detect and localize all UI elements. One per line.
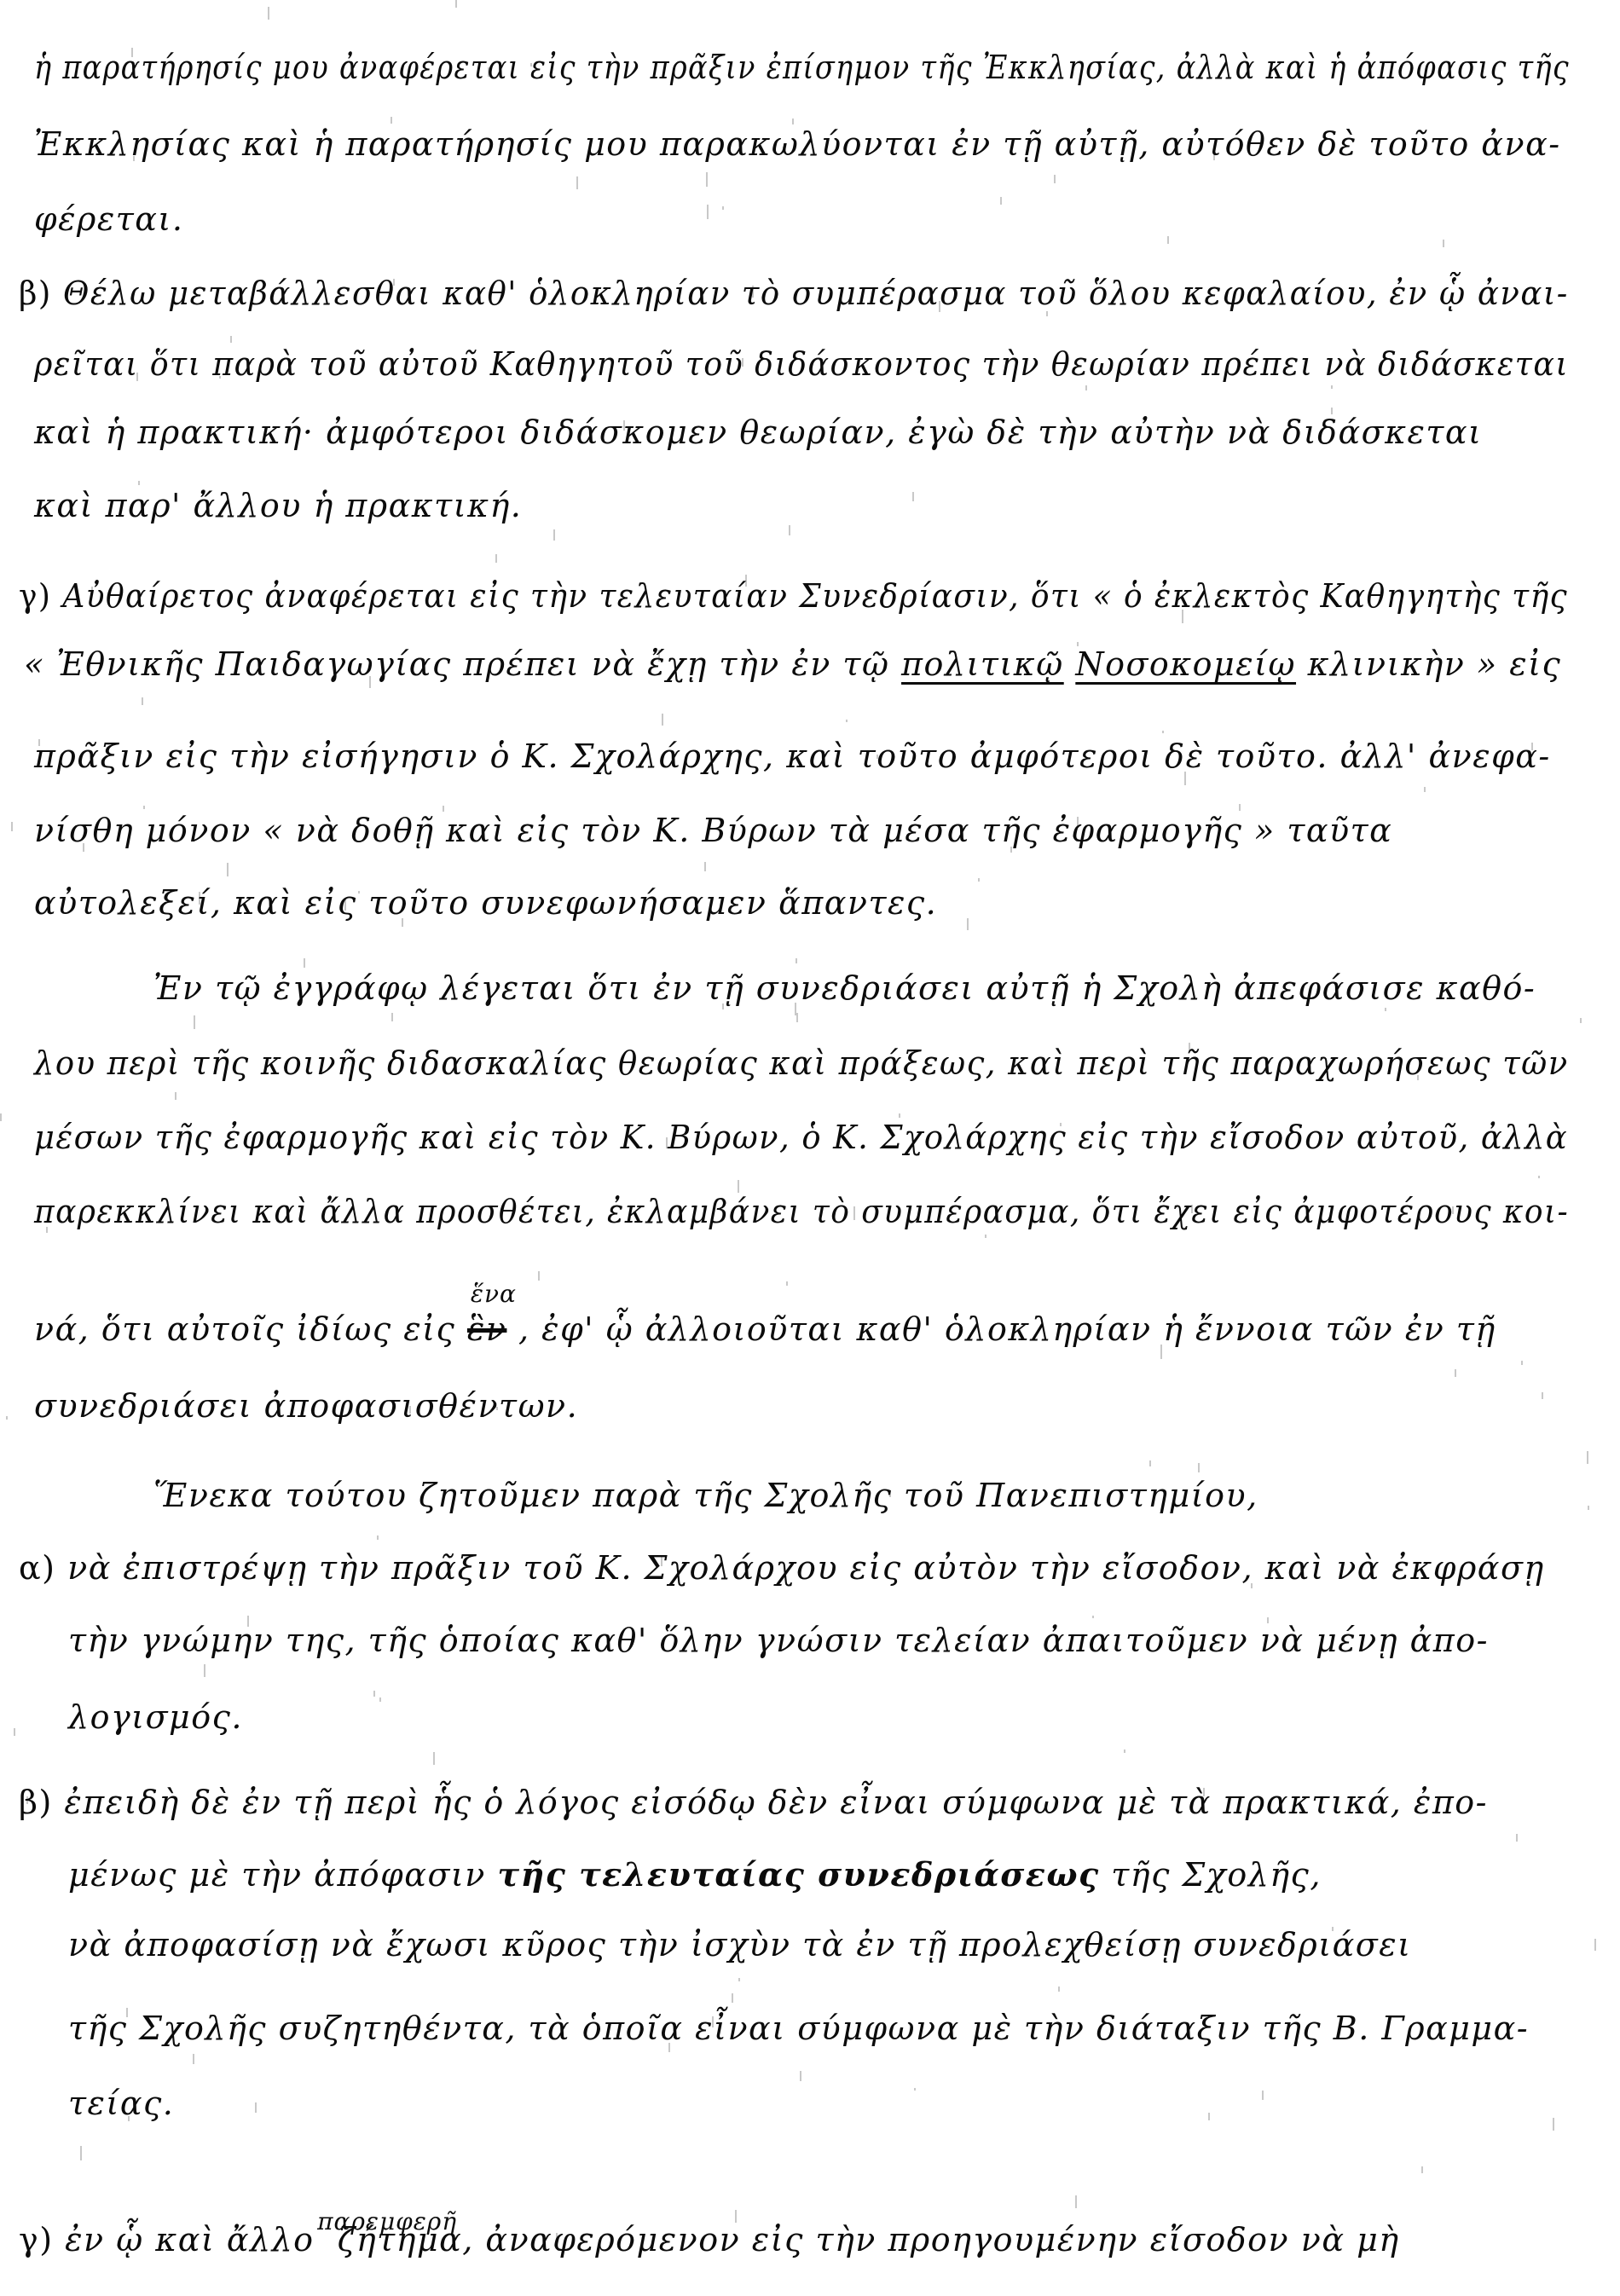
scan-speck xyxy=(143,806,145,809)
scan-speck xyxy=(846,720,848,722)
scan-speck xyxy=(662,714,663,726)
scan-speck xyxy=(1521,1361,1523,1365)
correction: ἕνα ἓν xyxy=(467,1313,507,1345)
scan-speck xyxy=(1167,236,1169,244)
scan-speck xyxy=(912,492,914,501)
scan-speck xyxy=(738,1978,740,1981)
line-6: καὶ ἡ πρακτική· ἀμφότεροι διδάσκομεν θεω… xyxy=(34,416,1482,448)
overwritten-word: τῆς τελευταίας συνεδριάσεως xyxy=(498,1855,1100,1894)
scan-speck xyxy=(1331,385,1333,389)
scan-speck xyxy=(268,7,269,20)
line-text: τῆς Σχολῆς, xyxy=(1111,1856,1322,1894)
scan-speck xyxy=(1054,175,1056,183)
scan-speck xyxy=(792,119,794,124)
line-text: « Ἐθνικῆς Παιδαγωγίας πρέπει νὰ ἔχῃ τὴν … xyxy=(24,645,889,683)
line-2: Ἐκκλησίας καὶ ἡ παρατήρησίς μου παρακωλύ… xyxy=(34,128,1561,160)
line-26: τῆς Σχολῆς συζητηθέντα, τὰ ὁποῖα εἶναι σ… xyxy=(68,2012,1529,2044)
line-18: συνεδριάσει ἀποφασισθέντων. xyxy=(34,1390,578,1422)
scan-speck xyxy=(553,529,555,541)
scan-speck xyxy=(914,2088,916,2091)
paragraph-indented-line: Ἕνεκα τούτου ζητοῦμεν παρὰ τῆς Σχολῆς το… xyxy=(153,1479,1258,1512)
scan-speck xyxy=(1058,1987,1060,1992)
line-text: Αὐθαίρετος ἀναφέρεται εἰς τὴν τελευταίαν… xyxy=(62,577,1568,615)
line-5: ρεῖται ὅτι παρὰ τοῦ αὐτοῦ Καθηγητοῦ τοῦ … xyxy=(34,348,1569,380)
line-text: , ἐφ' ᾧ ἀλλοιοῦται καθ' ὁλοκληρίαν ἡ ἔνν… xyxy=(518,1310,1496,1348)
line-12: αὐτολεξεί, καὶ εἰς τοῦτο συνεφωνήσαμεν ἅ… xyxy=(34,887,937,919)
scan-speck xyxy=(1198,1463,1200,1472)
scan-speck xyxy=(193,2054,194,2064)
line-text: ἐν ᾧ καὶ ἄλλο xyxy=(65,2221,314,2258)
item-marker: γ) xyxy=(19,2221,54,2258)
scan-speck xyxy=(14,1728,15,1736)
line-27: τείας. xyxy=(68,2087,174,2120)
superscript-insertion: ἕνα xyxy=(471,1282,517,1306)
scan-speck xyxy=(1385,1008,1386,1011)
scan-speck xyxy=(6,1416,8,1420)
item-marker: β) xyxy=(19,275,52,312)
scan-speck xyxy=(379,1697,381,1702)
scan-speck xyxy=(304,958,305,968)
scan-speck xyxy=(1092,1616,1094,1618)
scan-speck xyxy=(175,1092,176,1100)
line-3: φέρεται. xyxy=(34,203,183,235)
scan-speck xyxy=(1588,1506,1589,1510)
scan-speck xyxy=(1516,1834,1518,1842)
line-25: νὰ ἀποφασίσῃ νὰ ἔχωσι κῦρος τὴν ἰσχὺν τὰ… xyxy=(68,1929,1412,1961)
item-marker: γ) xyxy=(19,577,51,615)
scan-speck xyxy=(789,525,790,535)
scan-speck xyxy=(1239,804,1241,811)
scan-speck xyxy=(230,336,232,343)
line-21: τὴν γνώμην της, τῆς ὁποίας καθ' ὅλην γνώ… xyxy=(68,1624,1489,1657)
paragraph-indented-line: Ἐν τῷ ἐγγράφῳ λέγεται ὅτι ἐν τῇ συνεδριά… xyxy=(153,972,1536,1004)
scan-speck xyxy=(443,806,444,812)
scan-speck xyxy=(138,481,140,485)
line-text: Θέλω μεταβάλλεσθαι καθ' ὁλοκληρίαν τὸ συ… xyxy=(63,275,1569,312)
line-text: μένως μὲ τὴν ἀπόφασιν xyxy=(68,1856,486,1894)
scan-speck xyxy=(80,2146,82,2160)
line-text: νά, ὅτι αὐτοῖς ἰδίως εἰς xyxy=(34,1310,455,1348)
scan-speck xyxy=(433,1752,435,1765)
scan-speck xyxy=(373,1691,375,1697)
item-beta-line-1: β) Θέλω μεταβάλλεσθαι καθ' ὁλοκληρίαν τὸ… xyxy=(19,277,1569,309)
item-marker: α) xyxy=(19,1549,56,1587)
scan-speck xyxy=(1262,2091,1264,2100)
scan-speck xyxy=(738,1180,739,1193)
scan-speck xyxy=(786,1281,788,1286)
scan-speck xyxy=(377,1535,379,1540)
line-14: λου περὶ τῆς κοινῆς διδασκαλίας θεωρίας … xyxy=(34,1047,1569,1079)
scan-speck xyxy=(538,1271,540,1281)
scan-speck xyxy=(255,2102,257,2113)
scan-speck xyxy=(796,1013,798,1022)
scan-speck xyxy=(1424,787,1426,792)
scan-speck xyxy=(1580,1018,1582,1023)
scan-speck xyxy=(1085,385,1087,390)
scan-speck xyxy=(204,1664,205,1677)
line-text: ἐπειδὴ δὲ ἐν τῇ περὶ ἧς ὁ λόγος εἰσόδῳ δ… xyxy=(64,1784,1488,1821)
line-9: « Ἐθνικῆς Παιδαγωγίας πρέπει νὰ ἔχῃ τὴν … xyxy=(24,648,1561,680)
scan-speck xyxy=(1542,1392,1543,1399)
scan-speck xyxy=(732,1993,733,2003)
scan-speck xyxy=(1587,1451,1588,1464)
struck-word: ἓν xyxy=(467,1310,507,1348)
scan-speck xyxy=(11,822,13,831)
scan-speck xyxy=(391,117,392,124)
scan-speck xyxy=(1421,2166,1423,2173)
scan-speck xyxy=(1455,1369,1456,1377)
scan-speck xyxy=(800,2071,801,2081)
item-alpha-line-1: α) νὰ ἐπιστρέψῃ τὴν πρᾶξιν τοῦ Κ. Σχολάρ… xyxy=(19,1552,1545,1584)
scan-speck xyxy=(1124,1749,1125,1753)
line-7: καὶ παρ' ἄλλου ἡ πρακτική. xyxy=(34,489,522,522)
scan-speck xyxy=(227,863,229,876)
item-marker: β) xyxy=(19,1784,53,1821)
underlined-word: πολιτικῷ xyxy=(901,645,1064,683)
superscript-insertion: παρεμφερῆ xyxy=(317,2210,457,2234)
scan-speck xyxy=(391,1013,393,1021)
line-11: νίσθη μόνον « νὰ δοθῇ καὶ εἰς τὸν Κ. Βύρ… xyxy=(34,814,1392,847)
scan-speck xyxy=(142,697,143,705)
scan-speck xyxy=(1594,1939,1596,1951)
scan-speck xyxy=(1075,2195,1077,2208)
line-10: πρᾶξιν εἰς τὴν εἰσήγησιν ὁ Κ. Σχολάρχης,… xyxy=(34,740,1551,772)
manuscript-page: ἡ παρατήρησίς μου ἀναφέρεται εἰς τὴν πρᾶ… xyxy=(0,0,1620,2296)
scan-speck xyxy=(194,1015,195,1029)
line-17: νά, ὅτι αὐτοῖς ἰδίως εἰς ἕνα ἓν , ἐφ' ᾧ … xyxy=(34,1313,1496,1345)
line-22: λογισμός. xyxy=(68,1701,243,1733)
line-24: μένως μὲ τὴν ἀπόφασιν τῆς τελευταίας συν… xyxy=(68,1859,1322,1891)
line-1: ἡ παρατήρησίς μου ἀναφέρεται εἰς τὴν πρᾶ… xyxy=(34,51,1570,84)
scan-speck xyxy=(1538,1176,1540,1178)
line-15: μέσων τῆς ἐφαρμογῆς καὶ εἰς τὸν Κ. Βύρων… xyxy=(34,1121,1568,1154)
scan-speck xyxy=(576,176,578,189)
scan-speck xyxy=(1208,2113,1210,2120)
scan-speck xyxy=(985,1235,986,1238)
scan-speck xyxy=(1000,197,1002,205)
line-text: νὰ ἐπιστρέψῃ τὴν πρᾶξιν τοῦ Κ. Σχολάρχου… xyxy=(67,1549,1545,1587)
scan-speck xyxy=(1149,1460,1151,1466)
item-gamma-line-1: γ) Αὐθαίρετος ἀναφέρεται εἰς τὴν τελευτα… xyxy=(19,580,1568,612)
scan-speck xyxy=(0,1113,2,1121)
item-beta2-line-1: β) ἐπειδὴ δὲ ἐν τῇ περὶ ἧς ὁ λόγος εἰσόδ… xyxy=(19,1786,1488,1819)
scan-speck xyxy=(978,878,980,882)
item-gamma2-line-1: γ) ἐν ᾧ καὶ ἄλλο παρεμφερῆ ζήτημα, ἀναφε… xyxy=(19,2224,1400,2256)
scan-speck xyxy=(1162,731,1164,733)
line-text: ζήτημα, ἀναφερόμενον εἰς τὴν προηγουμένη… xyxy=(338,2221,1400,2258)
line-16: παρεκκλίνει καὶ ἄλλα προσθέτει, ἐκλαμβάν… xyxy=(34,1195,1569,1228)
scan-speck xyxy=(495,554,497,563)
scan-speck xyxy=(1443,240,1444,247)
scan-speck xyxy=(1553,2118,1554,2131)
scan-speck xyxy=(706,172,708,187)
line-text: κλινικὴν » εἰς xyxy=(1308,645,1562,683)
scan-speck xyxy=(899,1113,900,1118)
scan-speck xyxy=(796,958,797,963)
scan-speck xyxy=(722,206,724,210)
scan-speck xyxy=(707,205,709,219)
scan-speck xyxy=(455,0,457,8)
scan-speck xyxy=(704,862,706,871)
scan-speck xyxy=(967,918,969,930)
underlined-word: Νοσοκομείῳ xyxy=(1075,645,1296,683)
